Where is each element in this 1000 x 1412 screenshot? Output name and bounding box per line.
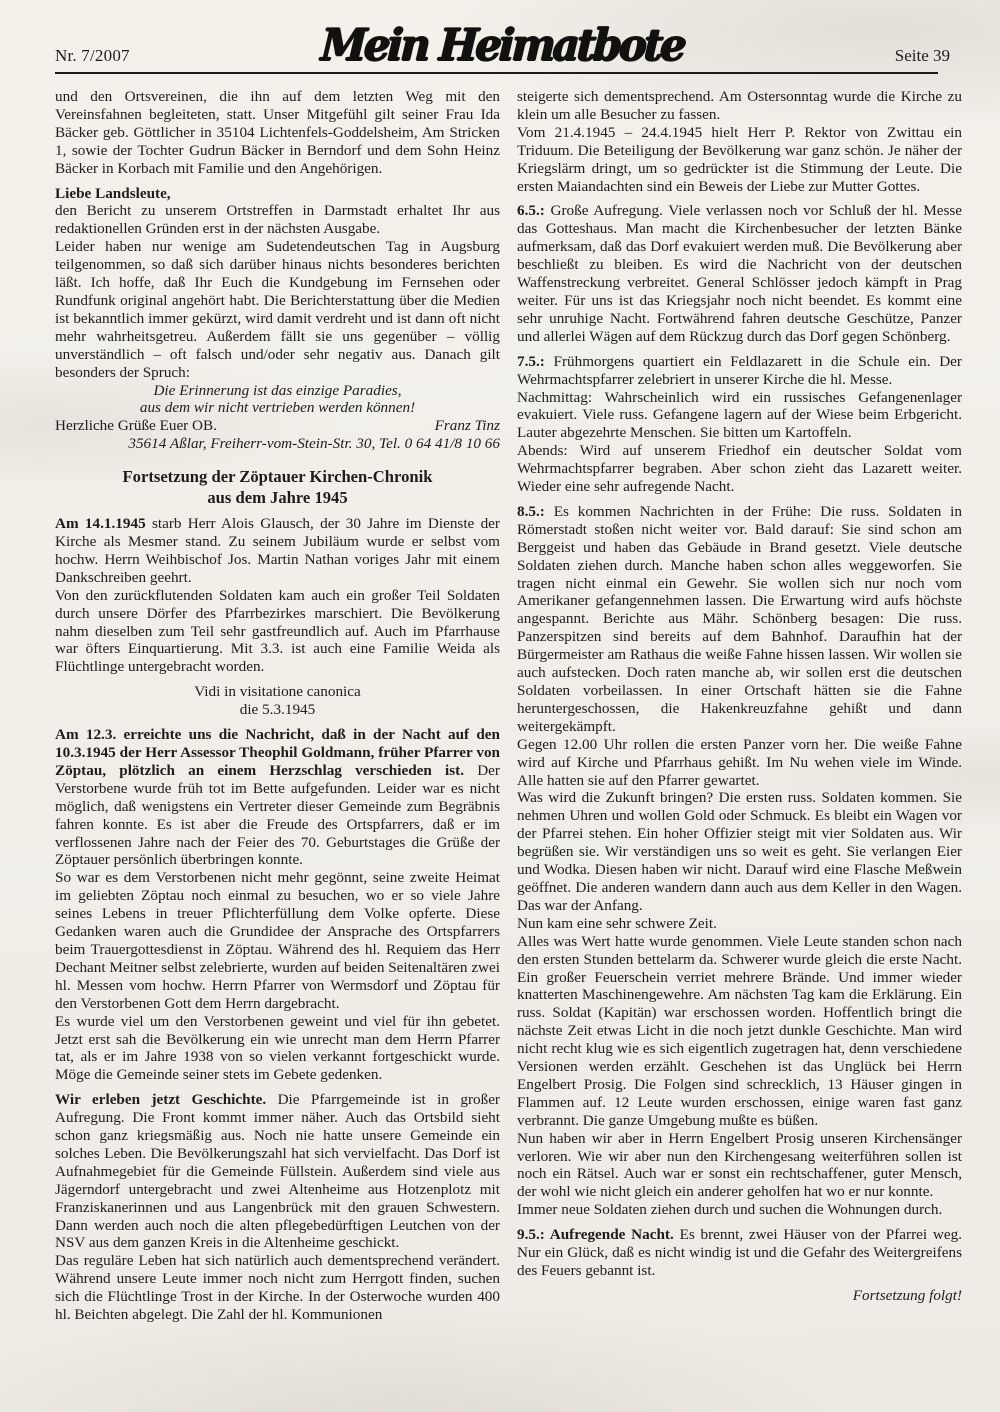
- section-heading-landsleute: Liebe Landsleute,: [55, 185, 500, 203]
- paragraph: So war es dem Verstorbenen nicht mehr ge…: [55, 869, 500, 1012]
- entry-date-lead: 9.5.: Aufregende Nacht.: [517, 1226, 680, 1243]
- diary-entry-8-5: 8.5.: Es kommen Nachrichten in der Frühe…: [517, 503, 962, 736]
- vidi-line: die 5.3.1945: [55, 701, 500, 719]
- newspaper-page: Nr. 7/2007 Mein Heimatbote Seite 39 und …: [0, 0, 1000, 1412]
- paragraph: steigerte sich dementsprechend. Am Oster…: [517, 88, 962, 124]
- header-rule: [55, 72, 938, 74]
- paragraph-lead: Am 12.3. erreichte uns die Nachricht, da…: [55, 726, 500, 779]
- paragraph-lead: Am 14.1.1945: [55, 515, 152, 532]
- page-number: Seite 39: [895, 46, 950, 66]
- signature: Franz Tinz: [435, 417, 500, 435]
- greeting-row: Herzliche Grüße Euer OB. Franz Tinz: [55, 417, 500, 435]
- paragraph: Am 14.1.1945 starb Herr Alois Glausch, d…: [55, 515, 500, 587]
- right-column: steigerte sich dementsprechend. Am Oster…: [517, 88, 962, 1324]
- left-column: und den Ortsvereinen, die ihn auf dem le…: [55, 88, 500, 1324]
- chronik-heading-line2: aus dem Jahre 1945: [55, 487, 500, 508]
- entry-date-lead: 8.5.:: [517, 503, 554, 520]
- address-line: 35614 Aßlar, Freiherr-vom-Stein-Str. 30,…: [55, 435, 500, 453]
- paragraph: und den Ortsvereinen, die ihn auf dem le…: [55, 88, 500, 178]
- paragraph: Vom 21.4.1945 – 24.4.1945 hielt Herr P. …: [517, 124, 962, 196]
- paragraph: Am 12.3. erreichte uns die Nachricht, da…: [55, 726, 500, 869]
- chronik-heading-line1: Fortsetzung der Zöptauer Kirchen-Chronik: [55, 466, 500, 487]
- entry-date-lead: 7.5.:: [517, 353, 554, 370]
- paragraph: Was wird die Zukunft bringen? Die ersten…: [517, 789, 962, 914]
- paragraph: Alles was Wert hatte wurde genommen. Vie…: [517, 933, 962, 1130]
- article-columns: und den Ortsvereinen, die ihn auf dem le…: [55, 88, 962, 1324]
- paragraph: Immer neue Soldaten ziehen durch und suc…: [517, 1201, 962, 1219]
- paragraph: Gegen 12.00 Uhr rollen die ersten Panzer…: [517, 736, 962, 790]
- paragraph: Abends: Wird auf unserem Friedhof ein de…: [517, 442, 962, 496]
- paragraph: Es wurde viel um den Verstorbenen gewein…: [55, 1013, 500, 1085]
- paragraph: Nun kam eine sehr schwere Zeit.: [517, 915, 962, 933]
- diary-entry-7-5: 7.5.: Frühmorgens quartiert ein Feldlaza…: [517, 353, 962, 389]
- verse-line: Die Erinnerung ist das einzige Paradies,: [55, 382, 500, 400]
- paragraph: den Bericht zu unserem Ortstreffen in Da…: [55, 202, 500, 238]
- paragraph-lead: Wir erleben jetzt Geschichte.: [55, 1091, 278, 1108]
- paragraph: Nun haben wir aber in Herrn Engelbert Pr…: [517, 1130, 962, 1202]
- continuation-note: Fortsetzung folgt!: [517, 1287, 962, 1305]
- diary-entry-9-5: 9.5.: Aufregende Nacht. Es brennt, zwei …: [517, 1226, 962, 1280]
- entry-date-lead: 6.5.:: [517, 202, 551, 219]
- paragraph: Leider haben nur wenige am Sudetendeutsc…: [55, 238, 500, 381]
- paragraph: Das reguläre Leben hat sich natürlich au…: [55, 1252, 500, 1324]
- paragraph: Wir erleben jetzt Geschichte. Die Pfarrg…: [55, 1091, 500, 1252]
- masthead-title: Mein Heimatbote: [81, 24, 925, 68]
- paragraph: Nachmittag: Wahrscheinlich wird ein russ…: [517, 389, 962, 443]
- diary-entry-6-5: 6.5.: Große Aufregung. Viele verlassen n…: [517, 202, 962, 345]
- paragraph: Von den zurückflutenden Soldaten kam auc…: [55, 587, 500, 677]
- vidi-line: Vidi in visitatione canonica: [55, 683, 500, 701]
- verse-line: aus dem wir nicht vertrieben werden könn…: [55, 399, 500, 417]
- page-header: Nr. 7/2007 Mein Heimatbote Seite 39: [55, 0, 950, 74]
- greeting-text: Herzliche Grüße Euer OB.: [55, 417, 217, 435]
